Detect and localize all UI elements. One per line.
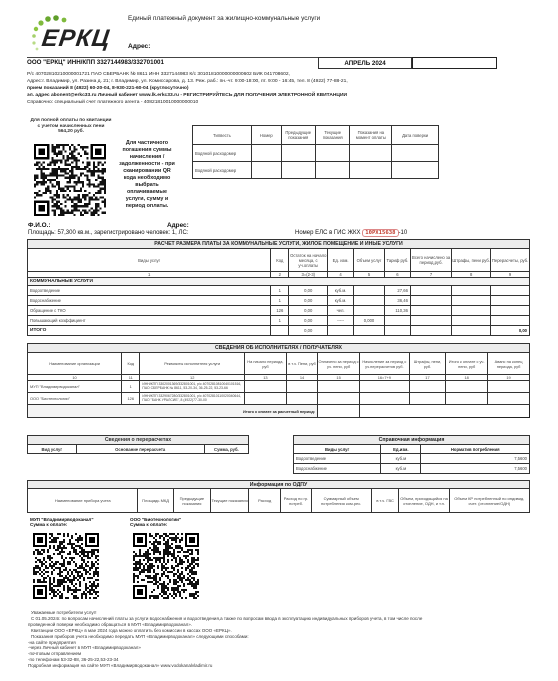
- executor-amount: [244, 381, 286, 393]
- bottom-qr-code-2[interactable]: [133, 533, 199, 599]
- executors-col-header: Оплачено за период с уч. пени, руб: [318, 353, 360, 375]
- executors-row: МУП "Владимирводоканал"1ИНН/КПП 33020013…: [28, 381, 530, 393]
- calc-recalc: [491, 296, 530, 306]
- meters-col-header: Номер: [252, 126, 282, 145]
- bottom-qr-sum-1: Сумма к оплате:: [30, 522, 94, 527]
- executor-details: ИНН/КПП 3329067280/332801001, р/с 407028…: [140, 393, 245, 405]
- reference-norm: 7,5600: [421, 464, 530, 474]
- odpu-col-header: Объем КР потребленный по индивид. счет. …: [449, 489, 529, 513]
- executors-col-header: Реквизиты исполнителя услуги: [140, 353, 245, 375]
- calc-unit: куб.м.: [328, 286, 354, 296]
- calc-recalc: [491, 306, 530, 316]
- meter-value: [392, 145, 439, 162]
- calc-code: 1: [271, 286, 289, 296]
- calc-col-header: Виды услуг: [28, 249, 271, 272]
- main-qr-code[interactable]: [34, 144, 106, 216]
- meter-type: Водяной расходомер: [193, 162, 252, 179]
- calc-col-header: Перерасчеты, руб.: [491, 249, 530, 272]
- executors-total-label: Итого к оплате за расчетный период:: [28, 405, 318, 418]
- calc-charged: [410, 306, 451, 316]
- calc-total-recalc: 0,00: [491, 326, 530, 336]
- odpu-col-header: Текущие показания: [211, 489, 249, 513]
- calc-code: 126: [271, 306, 289, 316]
- executors-col-header: Итого к оплате с уч. пени, руб: [446, 353, 488, 375]
- meter-type: Водяной расходомер: [193, 145, 252, 162]
- odpu-col-header: Суммарный объем потребления ком.рес.: [311, 489, 371, 513]
- doc-title: Единый платежный документ за жилищно-ком…: [128, 15, 320, 22]
- calc-balance: 0,00: [289, 296, 328, 306]
- reference-unit: куб.м: [381, 464, 421, 474]
- calc-total-balance: 0,00: [289, 326, 328, 336]
- calc-balance: 0,00: [289, 316, 328, 326]
- calc-code: 1: [271, 296, 289, 306]
- recalc-title: Сведения о перерасчетах: [28, 436, 249, 445]
- calc-service: Повышающий коэффициент: [28, 316, 271, 326]
- els-label: Номер ЕЛС в ГИС ЖКХ: [295, 230, 361, 236]
- els-value: 10РХ15638: [362, 229, 398, 237]
- calc-tariff: [385, 316, 411, 326]
- meters-col-header: Дата поверки: [392, 126, 439, 145]
- executor-amount: [409, 393, 446, 405]
- odpu-table: Информация по ОДПУ Наименование прибора …: [27, 480, 530, 513]
- executor-amount: [488, 381, 530, 393]
- meter-value: [252, 162, 282, 179]
- meter-value: [281, 162, 315, 179]
- calc-penalty: [452, 296, 491, 306]
- calc-title: РАСЧЕТ РАЗМЕРА ПЛАТЫ ЗА КОММУНАЛЬНЫЕ УСЛ…: [28, 240, 530, 249]
- calc-col-header: Всего начислено за период,руб.: [410, 249, 451, 272]
- reference-col-header: Норматив потребления: [421, 445, 530, 454]
- bottom-qr-code-1[interactable]: [33, 533, 99, 599]
- odpu-col-header: Объем, приходящийся на отопление, ОДН, и…: [399, 489, 449, 513]
- meters-col-header: Предыдущие показания: [281, 126, 315, 145]
- header-address-label: Адрес:: [128, 43, 150, 50]
- odpu-col-header: Расход по гр. потреб.: [281, 489, 311, 513]
- calc-col-header: Объем услуг: [354, 249, 385, 272]
- calc-tariff: 27,66: [385, 286, 411, 296]
- calc-table: РАСЧЕТ РАЗМЕРА ПЛАТЫ ЗА КОММУНАЛЬНЫЕ УСЛ…: [27, 239, 530, 336]
- bottom-qr-block-2: ООО "Биотехнологии" Сумма к оплате:: [130, 517, 181, 527]
- logo: ЕРКЦ: [26, 13, 121, 55]
- recalc-col-header: Основание перерасчета: [76, 445, 204, 454]
- meters-col-header: Типвесть: [193, 126, 252, 145]
- executor-amount: [360, 393, 410, 405]
- recalc-table: Сведения о перерасчетах Вид услугОснован…: [27, 435, 249, 454]
- executor-amount: [286, 393, 317, 405]
- meters-table: ТипвестьНомерПредыдущие показанияТекущие…: [192, 125, 439, 179]
- calc-penalty: [452, 286, 491, 296]
- executors-col-header: Штрафы, пени, руб.: [409, 353, 446, 375]
- executor-name: ООО "Биотехнологии": [28, 393, 122, 405]
- calc-col-header: Ед. изм.: [328, 249, 354, 272]
- calc-total-label: ИТОГО: [28, 326, 271, 336]
- fio-label: Ф.И.О.:: [28, 222, 50, 229]
- calc-row: Обращение с ТКО1260,00чел.110,36: [28, 306, 530, 316]
- period-right-box: [412, 57, 497, 69]
- calc-charged: [410, 316, 451, 326]
- executors-col-header: Наименование организации: [28, 353, 122, 375]
- calc-volume: [354, 306, 385, 316]
- reference-unit: куб.м: [381, 454, 421, 464]
- els-number: Номер ЕЛС в ГИС ЖКХ 10РХ15638-10: [295, 230, 407, 236]
- odpu-title: Информация по ОДПУ: [28, 481, 530, 489]
- calc-tariff: 110,36: [385, 306, 411, 316]
- area-line: Площадь: 57,300 кв.м., зарегистрировано …: [28, 230, 188, 236]
- reference-col-header: Ед.изм.: [381, 445, 421, 454]
- calc-penalty: [452, 316, 491, 326]
- meter-value: [252, 145, 282, 162]
- meter-value: [392, 162, 439, 179]
- calc-balance: 0,00: [289, 286, 328, 296]
- executor-amount: [318, 393, 360, 405]
- executors-col-header: Аванс на конец периода, руб: [488, 353, 530, 375]
- meters-col-header: Текущие показания: [315, 126, 349, 145]
- executor-amount: [446, 393, 488, 405]
- reference-row: Водоснабжениекуб.м7,5600: [294, 464, 530, 474]
- meter-value: [350, 145, 392, 162]
- executor-amount: [286, 381, 317, 393]
- calc-section-label: КОММУНАЛЬНЫЕ УСЛУГИ: [28, 278, 530, 286]
- executors-col-header: Код: [122, 353, 140, 375]
- calc-charged: [410, 286, 451, 296]
- calc-col-header: Остаток на начало месяца, с уч.оплаты: [289, 249, 328, 272]
- executors-title: СВЕДЕНИЯ ОБ ИСПОЛНИТЕЛЯХ / ПОЛУЧАТЕЛЯХ: [28, 344, 530, 353]
- odpu-col-header: Площадь МКД: [138, 489, 173, 513]
- period-box: АПРЕЛЬ 2024: [318, 57, 412, 69]
- calc-recalc: [491, 316, 530, 326]
- executors-col-header: в т.ч. Пени, руб: [286, 353, 317, 375]
- executor-amount: [244, 393, 286, 405]
- meters-row: Водяной расходомер: [193, 162, 439, 179]
- calc-total-row: ИТОГО 0,00 0,00: [28, 326, 530, 336]
- period: АПРЕЛЬ 2024: [344, 60, 385, 67]
- reference-table: Справочная информация Виды услугЕд.изм.Н…: [293, 435, 530, 474]
- executor-amount: [446, 381, 488, 393]
- calc-balance: 0,00: [289, 306, 328, 316]
- executors-total-value: [318, 405, 360, 418]
- notice-text: Уважаемые потребители услуг!С 01.05.2024…: [28, 610, 538, 669]
- calc-service: Обращение с ТКО: [28, 306, 271, 316]
- executor-amount: [409, 381, 446, 393]
- calc-unit: чел.: [328, 306, 354, 316]
- executor-name: МУП "Владимирводоканал": [28, 381, 122, 393]
- calc-service: Водоотведение: [28, 286, 271, 296]
- executor-code: 1: [122, 381, 140, 393]
- meter-value: [315, 162, 349, 179]
- requisites-readings-phone: прием показаний 8 (4922) 60-20-04, 8-930…: [27, 86, 527, 93]
- meter-value: [315, 145, 349, 162]
- calc-col-header: Тариф руб.: [385, 249, 411, 272]
- executor-details: ИНН/КПП 3302001369/332801001, р/с 407028…: [140, 381, 245, 393]
- calc-volume: [354, 296, 385, 306]
- requisites-address: Адрес:г. Владимир, ул. Разина д. 21; г. …: [27, 79, 527, 86]
- calc-unit: -----: [328, 316, 354, 326]
- bottom-qr-sum-2: Сумма к оплате:: [130, 522, 181, 527]
- calc-volume: 0,000: [354, 316, 385, 326]
- calc-volume: [354, 286, 385, 296]
- calc-row: Водоотведение10,00куб.м.27,66: [28, 286, 530, 296]
- meter-value: [350, 162, 392, 179]
- recalc-col-header: Сумма, руб.: [204, 445, 248, 454]
- executors-col-header: На начало периода, руб: [244, 353, 286, 375]
- meter-value: [281, 145, 315, 162]
- executor-amount: [360, 381, 410, 393]
- recalc-col-header: Вид услуг: [28, 445, 77, 454]
- executors-col-header: Начисление за период с уч.перерасчетов р…: [360, 353, 410, 375]
- executors-row: ООО "Биотехнологии"126ИНН/КПП 3329067280…: [28, 393, 530, 405]
- calc-row: Повышающий коэффициент10,00-----0,000: [28, 316, 530, 326]
- reference-service: Водоснабжение: [294, 464, 381, 474]
- requisites-special-account: Справочно: специальный счет платежного а…: [27, 100, 527, 107]
- calc-service: Водоснабжение: [28, 296, 271, 306]
- reference-col-header: Виды услуг: [294, 445, 381, 454]
- executor-amount: [488, 393, 530, 405]
- odpu-col-header: Предыдущие показания: [173, 489, 211, 513]
- odpu-col-header: Расход: [248, 489, 281, 513]
- meters-col-header: Показания на момент оплаты: [350, 126, 392, 145]
- reference-norm: 7,5600: [421, 454, 530, 464]
- bottom-qr-block-1: МУП "Владимирводоканал" Сумма к оплате:: [30, 517, 94, 527]
- odpu-col-header: Наименование прибора учета: [28, 489, 138, 513]
- executor-amount: [318, 381, 360, 393]
- calc-penalty: [452, 306, 491, 316]
- calc-col-header: Штрафы, пени руб.: [452, 249, 491, 272]
- calc-col-header: Код: [271, 249, 289, 272]
- calc-row: Водоснабжение10,00куб.м.36,46: [28, 296, 530, 306]
- notice-line: Подробная информация на сайте МУП «Влади…: [28, 663, 538, 669]
- odpu-col-header: в т.ч. ГВС: [371, 489, 399, 513]
- calc-tariff: 36,46: [385, 296, 411, 306]
- calc-unit: куб.м.: [328, 296, 354, 306]
- els-suffix: -10: [399, 230, 408, 236]
- meters-row: Водяной расходомер: [193, 145, 439, 162]
- executor-code: 126: [122, 393, 140, 405]
- requisites-bank: Р/с 40702810210000001721 ПАО СБЕРБАНК № …: [27, 72, 527, 79]
- reference-title: Справочная информация: [294, 436, 530, 445]
- partial-payment-text: Для частичного погашения суммы начислени…: [118, 140, 176, 210]
- calc-code: 1: [271, 316, 289, 326]
- calc-recalc: [491, 286, 530, 296]
- company-line: ООО "ЕРКЦ" ИНН/КПП 3327144983/332701001: [27, 59, 164, 66]
- logo-text: ЕРКЦ: [40, 25, 112, 53]
- reference-row: Водоотведениекуб.м7,5600: [294, 454, 530, 464]
- full-payment-text: Для полной оплаты по квитанции с учетом …: [30, 118, 112, 135]
- executors-table: СВЕДЕНИЯ ОБ ИСПОЛНИТЕЛЯХ / ПОЛУЧАТЕЛЯХ Н…: [27, 343, 530, 418]
- calc-charged: [410, 296, 451, 306]
- reference-service: Водоотведение: [294, 454, 381, 464]
- account-address-label: Адрес:: [167, 222, 189, 229]
